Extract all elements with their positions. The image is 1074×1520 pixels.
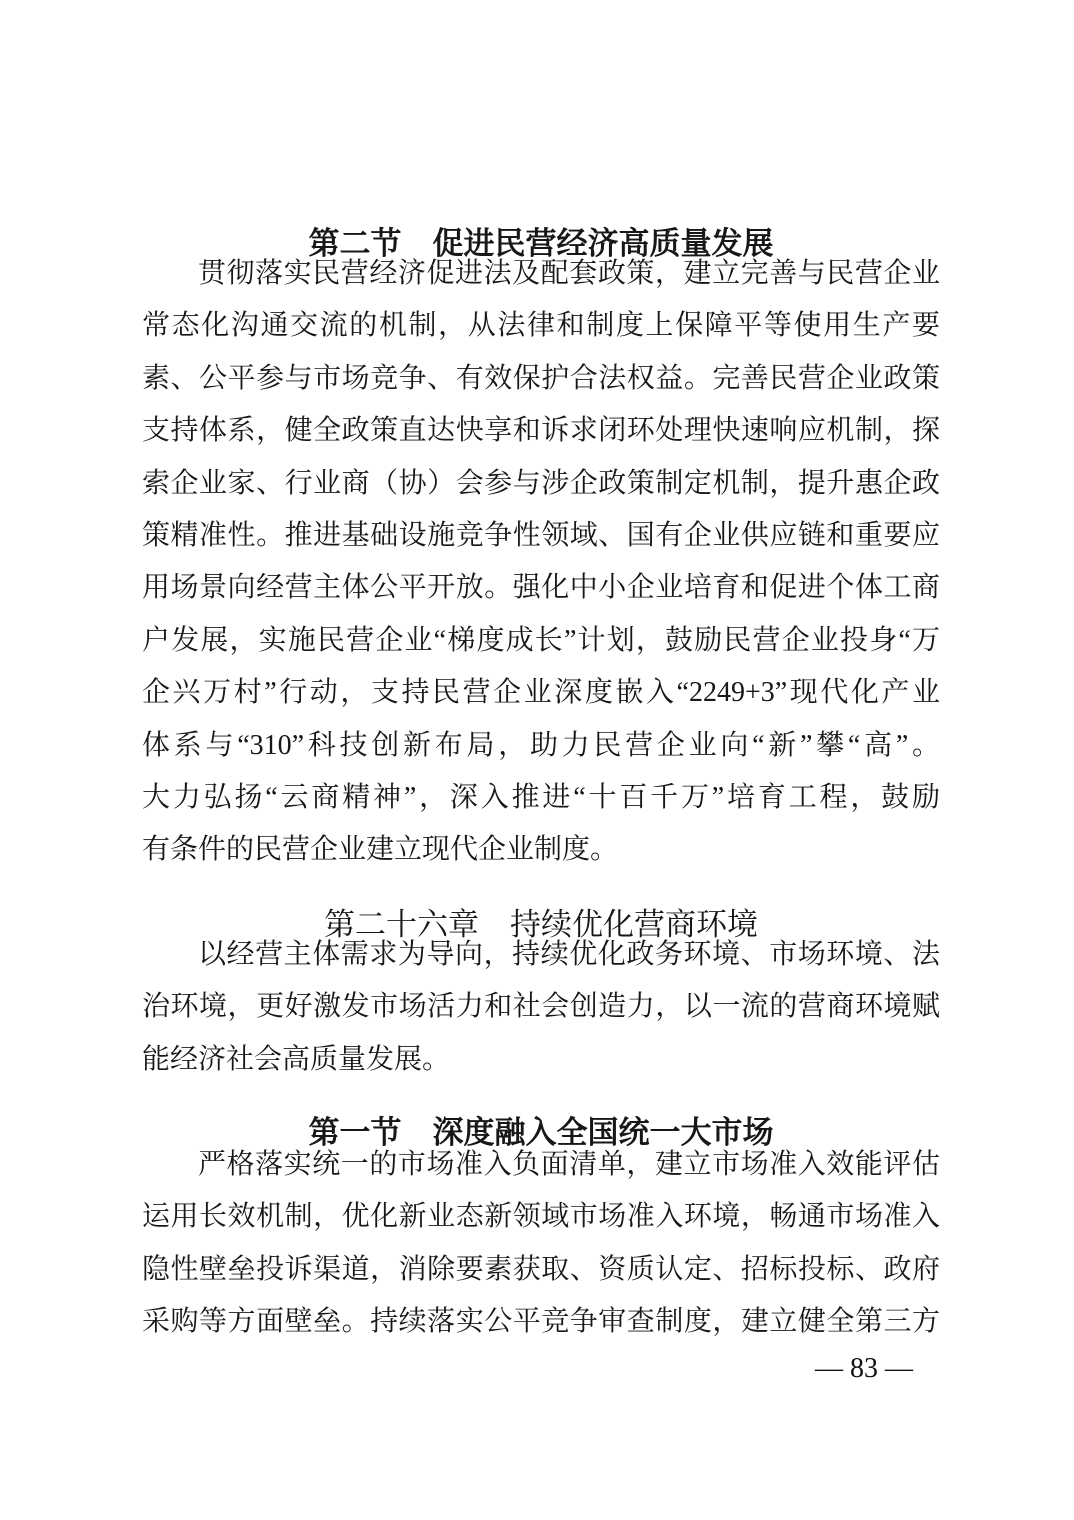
body-line: 索企业家、行业商（协）会参与涉企政策制定机制，提升惠企政 bbox=[142, 458, 940, 510]
body-line: 隐性壁垒投诉渠道，消除要素获取、资质认定、招标投标、政府 bbox=[142, 1244, 940, 1296]
page-number: — 83 — bbox=[815, 1352, 913, 1386]
body-line: 素、公平参与市场竞争、有效保护合法权益。完善民营企业政策 bbox=[142, 353, 940, 405]
paragraph-unified-market: 严格落实统一的市场准入负面清单，建立市场准入效能评估 运用长效机制，优化新业态新… bbox=[142, 1139, 940, 1349]
body-line: 能经济社会高质量发展。 bbox=[142, 1034, 940, 1086]
body-line: 严格落实统一的市场准入负面清单，建立市场准入效能评估 bbox=[142, 1139, 940, 1191]
body-line: 以经营主体需求为导向，持续优化政务环境、市场环境、法 bbox=[142, 929, 940, 981]
body-line: 大力弘扬“云商精神”，深入推进“十百千万”培育工程，鼓励 bbox=[142, 772, 940, 824]
body-line: 体系与“310”科技创新布局，助力民营企业向“新”攀“高”。 bbox=[142, 720, 940, 772]
body-line: 企兴万村”行动，支持民营企业深度嵌入“2249+3”现代化产业 bbox=[142, 667, 940, 719]
body-line: 采购等方面壁垒。持续落实公平竞争审查制度，建立健全第三方 bbox=[142, 1296, 940, 1348]
body-line: 贯彻落实民营经济促进法及配套政策，建立完善与民营企业 bbox=[142, 248, 940, 300]
body-line: 支持体系，健全政策直达快享和诉求闭环处理快速响应机制，探 bbox=[142, 405, 940, 457]
body-line: 策精准性。推进基础设施竞争性领域、国有企业供应链和重要应 bbox=[142, 510, 940, 562]
body-line: 治环境，更好激发市场活力和社会创造力，以一流的营商环境赋 bbox=[142, 981, 940, 1033]
paragraph-private-economy: 贯彻落实民营经济促进法及配套政策，建立完善与民营企业 常态化沟通交流的机制，从法… bbox=[142, 248, 940, 877]
document-page: 第二节 促进民营经济高质量发展 贯彻落实民营经济促进法及配套政策，建立完善与民营… bbox=[0, 0, 1074, 1520]
body-line: 运用长效机制，优化新业态新领域市场准入环境，畅通市场准入 bbox=[142, 1191, 940, 1243]
body-line: 用场景向经营主体公平开放。强化中小企业培育和促进个体工商 bbox=[142, 562, 940, 614]
body-line: 常态化沟通交流的机制，从法律和制度上保障平等使用生产要 bbox=[142, 300, 940, 352]
paragraph-business-environment: 以经营主体需求为导向，持续优化政务环境、市场环境、法 治环境，更好激发市场活力和… bbox=[142, 929, 940, 1086]
body-line: 户发展，实施民营企业“梯度成长”计划，鼓励民营企业投身“万 bbox=[142, 615, 940, 667]
body-line: 有条件的民营企业建立现代企业制度。 bbox=[142, 824, 940, 876]
